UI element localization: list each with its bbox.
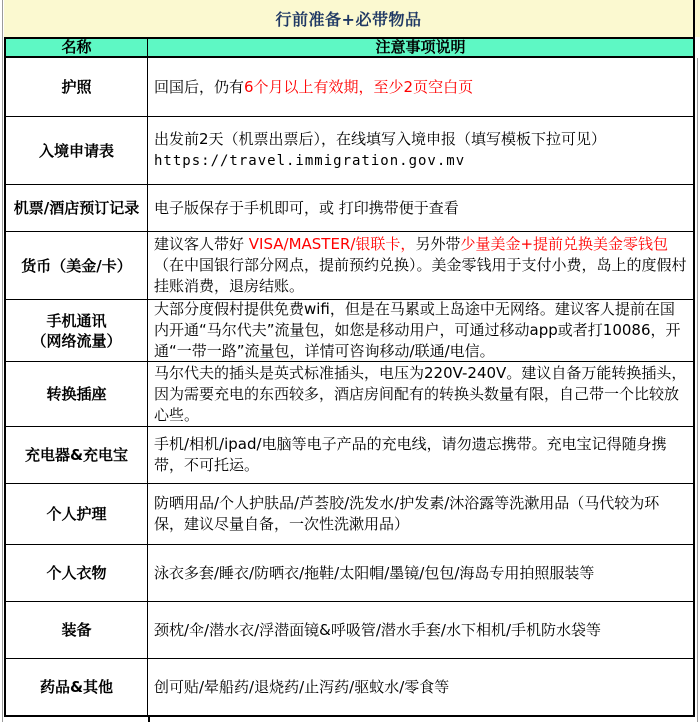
item-notes-cell: 防晒用品/个人护肤品/芦荟胶/洗发水/护发素/沐浴露等洗漱用品（马代较为环保，建…	[148, 484, 693, 544]
item-name-cell: 装备	[6, 602, 148, 658]
table-row: 手机通讯 （网络流量） 大部分度假村提供免费wifi，但是在马累或上岛途中无网络…	[6, 300, 693, 362]
note-text: 防晒用品/个人护肤品/芦荟胶/洗发水/护发素/沐浴露等洗漱用品（马代较为环保，建…	[154, 493, 689, 535]
note-text: 颈枕/伞/潜水衣/浮潜面镜&呼吸管/潜水手套/水下相机/手机防水袋等	[154, 620, 601, 641]
note-text: 泳衣多套/睡衣/防晒衣/拖鞋/太阳帽/墨镜/包包/海岛专用拍照服装等	[154, 563, 594, 584]
item-notes-cell: 建议客人带好 VISA/MASTER/银联卡，另外带少量美金+提前兑换美金零钱包…	[148, 232, 693, 299]
note-text: 回国后，仍有6个月以上有效期，至少2页空白页	[154, 77, 473, 98]
note-text: 出发前2天（机票出票后），在线填写入境申报（填写模板下拉可见） https://…	[154, 129, 606, 172]
note-text: 大部分度假村提供免费wifi，但是在马累或上岛途中无网络。建议客人提前在国内开通…	[154, 299, 689, 362]
note-highlight-segment: 少量美金+提前兑换美金零钱包	[460, 235, 668, 253]
table-header-row: 名称 注意事项说明	[6, 39, 693, 58]
note-highlight-segment: 6个月以上有效期，至少2页空白页	[244, 78, 473, 96]
item-notes-cell: 泳衣多套/睡衣/防晒衣/拖鞋/太阳帽/墨镜/包包/海岛专用拍照服装等	[148, 545, 693, 601]
note-text-segment: 手机/相机/ipad/电脑等电子产品的充电线，请勿遗忘携带。充电宝记得随身携带，…	[154, 435, 667, 474]
note-text-segment: 防晒用品/个人护肤品/芦荟胶/洗发水/护发素/沐浴露等洗漱用品（马代较为环保，建…	[154, 494, 659, 533]
note-text: 创可贴/晕船药/退烧药/止泻药/驱蚊水/零食等	[154, 677, 449, 698]
table-row: 装备 颈枕/伞/潜水衣/浮潜面镜&呼吸管/潜水手套/水下相机/手机防水袋等	[6, 602, 693, 659]
item-notes-cell: 出发前2天（机票出票后），在线填写入境申报（填写模板下拉可见） https://…	[148, 117, 693, 184]
table-row: 货币（美金/卡） 建议客人带好 VISA/MASTER/银联卡，另外带少量美金+…	[6, 232, 693, 300]
table-body: 护照 回国后，仍有6个月以上有效期，至少2页空白页 入境申请表 出发前2天（机票…	[6, 58, 693, 715]
title-row: 行前准备+必带物品	[4, 0, 700, 37]
item-name-cell: 个人护理	[6, 484, 148, 544]
note-text-segment: 大部分度假村提供免费wifi，但是在马累或上岛途中无网络。建议客人提前在国内开通…	[154, 300, 681, 360]
table-row: 药品&其他 创可贴/晕船药/退烧药/止泻药/驱蚊水/零食等	[6, 659, 693, 715]
note-text-segment: 建议客人带好	[154, 235, 249, 253]
immigration-url-link[interactable]: https://travel.immigration.gov.mv	[154, 153, 465, 169]
left-gridline	[2, 0, 3, 722]
note-text-segment: （在中国银行部分网点，提前预约兑换）。美金零钱用于支付小费，岛上的度假村挂账消费…	[154, 256, 687, 295]
note-text: 电子版保存于手机即可，或 打印携带便于查看	[154, 198, 459, 219]
table-row: 机票/酒店预订记录 电子版保存于手机即可，或 打印携带便于查看	[6, 185, 693, 232]
item-name-cell: 护照	[6, 58, 148, 116]
note-text: 马尔代夫的插头是英式标准插头，电压为220V-240V。建议自备万能转换插头，因…	[154, 363, 689, 426]
table-row: 转换插座 马尔代夫的插头是英式标准插头，电压为220V-240V。建议自备万能转…	[6, 362, 693, 427]
packing-checklist-sheet: 行前准备+必带物品 名称 注意事项说明 护照 回国后，仍有6个月以上有效期，至少…	[0, 0, 700, 722]
note-highlight-segment: VISA/MASTER/银联卡，	[249, 235, 416, 253]
item-name-cell: 货币（美金/卡）	[6, 232, 148, 299]
item-notes-cell: 创可贴/晕船药/退烧药/止泻药/驱蚊水/零食等	[148, 659, 693, 715]
item-name-cell: 入境申请表	[6, 117, 148, 184]
table-row: 个人护理 防晒用品/个人护肤品/芦荟胶/洗发水/护发素/沐浴露等洗漱用品（马代较…	[6, 484, 693, 545]
note-text-segment: 泳衣多套/睡衣/防晒衣/拖鞋/太阳帽/墨镜/包包/海岛专用拍照服装等	[154, 564, 594, 582]
item-notes-cell: 颈枕/伞/潜水衣/浮潜面镜&呼吸管/潜水手套/水下相机/手机防水袋等	[148, 602, 693, 658]
column-divider	[148, 717, 150, 722]
note-text-segment: 回国后，仍有	[154, 78, 244, 96]
note-text: 手机/相机/ipad/电脑等电子产品的充电线，请勿遗忘携带。充电宝记得随身携带，…	[154, 434, 689, 476]
item-notes-cell: 回国后，仍有6个月以上有效期，至少2页空白页	[148, 58, 693, 116]
right-gridline	[697, 58, 698, 722]
item-name-cell: 药品&其他	[6, 659, 148, 715]
item-notes-cell: 大部分度假村提供免费wifi，但是在马累或上岛途中无网络。建议客人提前在国内开通…	[148, 300, 693, 361]
note-text-segment: 电子版保存于手机即可，或 打印携带便于查看	[154, 199, 459, 217]
item-notes-cell: 马尔代夫的插头是英式标准插头，电压为220V-240V。建议自备万能转换插头，因…	[148, 362, 693, 426]
item-name-cell: 手机通讯 （网络流量）	[6, 300, 148, 361]
column-header-name: 名称	[6, 39, 148, 56]
note-text-segment: 创可贴/晕船药/退烧药/止泻药/驱蚊水/零食等	[154, 678, 449, 696]
item-name-cell: 充电器&充电宝	[6, 427, 148, 483]
next-row-sliver	[4, 717, 695, 722]
title-stub-cell	[695, 0, 700, 37]
item-notes-cell: 电子版保存于手机即可，或 打印携带便于查看	[148, 185, 693, 231]
item-notes-cell: 手机/相机/ipad/电脑等电子产品的充电线，请勿遗忘携带。充电宝记得随身携带，…	[148, 427, 693, 483]
table-row: 护照 回国后，仍有6个月以上有效期，至少2页空白页	[6, 58, 693, 117]
item-name-cell: 转换插座	[6, 362, 148, 426]
page-title: 行前准备+必带物品	[4, 0, 695, 37]
checklist-table: 名称 注意事项说明 护照 回国后，仍有6个月以上有效期，至少2页空白页 入境申请…	[4, 37, 695, 717]
note-text: 建议客人带好 VISA/MASTER/银联卡，另外带少量美金+提前兑换美金零钱包…	[154, 234, 689, 297]
table-row: 入境申请表 出发前2天（机票出票后），在线填写入境申报（填写模板下拉可见） ht…	[6, 117, 693, 185]
table-row: 充电器&充电宝 手机/相机/ipad/电脑等电子产品的充电线，请勿遗忘携带。充电…	[6, 427, 693, 484]
item-name-cell: 机票/酒店预订记录	[6, 185, 148, 231]
item-name-cell: 个人衣物	[6, 545, 148, 601]
note-text-segment: 颈枕/伞/潜水衣/浮潜面镜&呼吸管/潜水手套/水下相机/手机防水袋等	[154, 621, 601, 639]
note-text-segment: 马尔代夫的插头是英式标准插头，电压为220V-240V。建议自备万能转换插头，因…	[154, 364, 686, 424]
note-text-segment: 另外带	[415, 235, 460, 253]
note-text-segment: 出发前2天（机票出票后），在线填写入境申报（填写模板下拉可见）	[154, 130, 606, 148]
column-header-notes: 注意事项说明	[148, 39, 693, 56]
table-row: 个人衣物 泳衣多套/睡衣/防晒衣/拖鞋/太阳帽/墨镜/包包/海岛专用拍照服装等	[6, 545, 693, 602]
